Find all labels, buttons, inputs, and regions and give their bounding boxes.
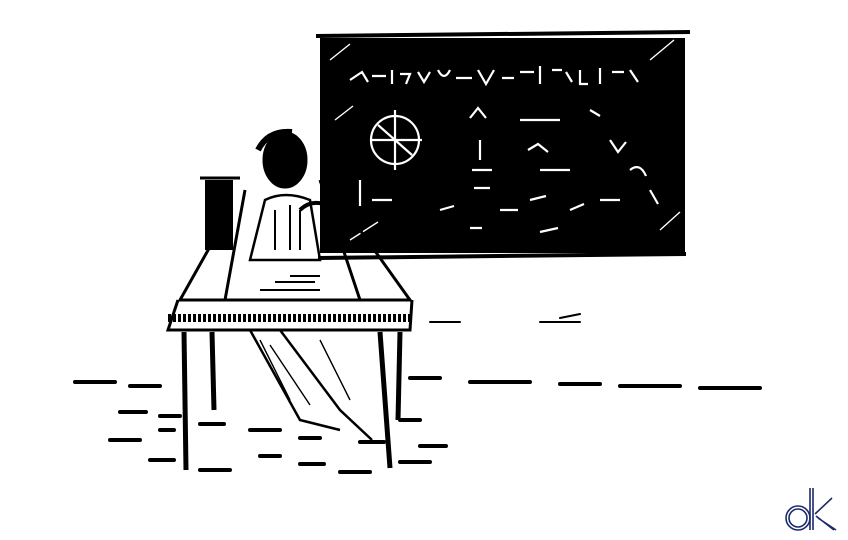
dk-logo bbox=[780, 484, 840, 534]
ink-sketch bbox=[0, 0, 848, 540]
chalkboard bbox=[316, 32, 690, 258]
floor-hatching bbox=[75, 314, 760, 472]
chair bbox=[200, 178, 240, 250]
illustration-canvas: Ink sketch: figure seated at a desk, hea… bbox=[0, 0, 848, 540]
